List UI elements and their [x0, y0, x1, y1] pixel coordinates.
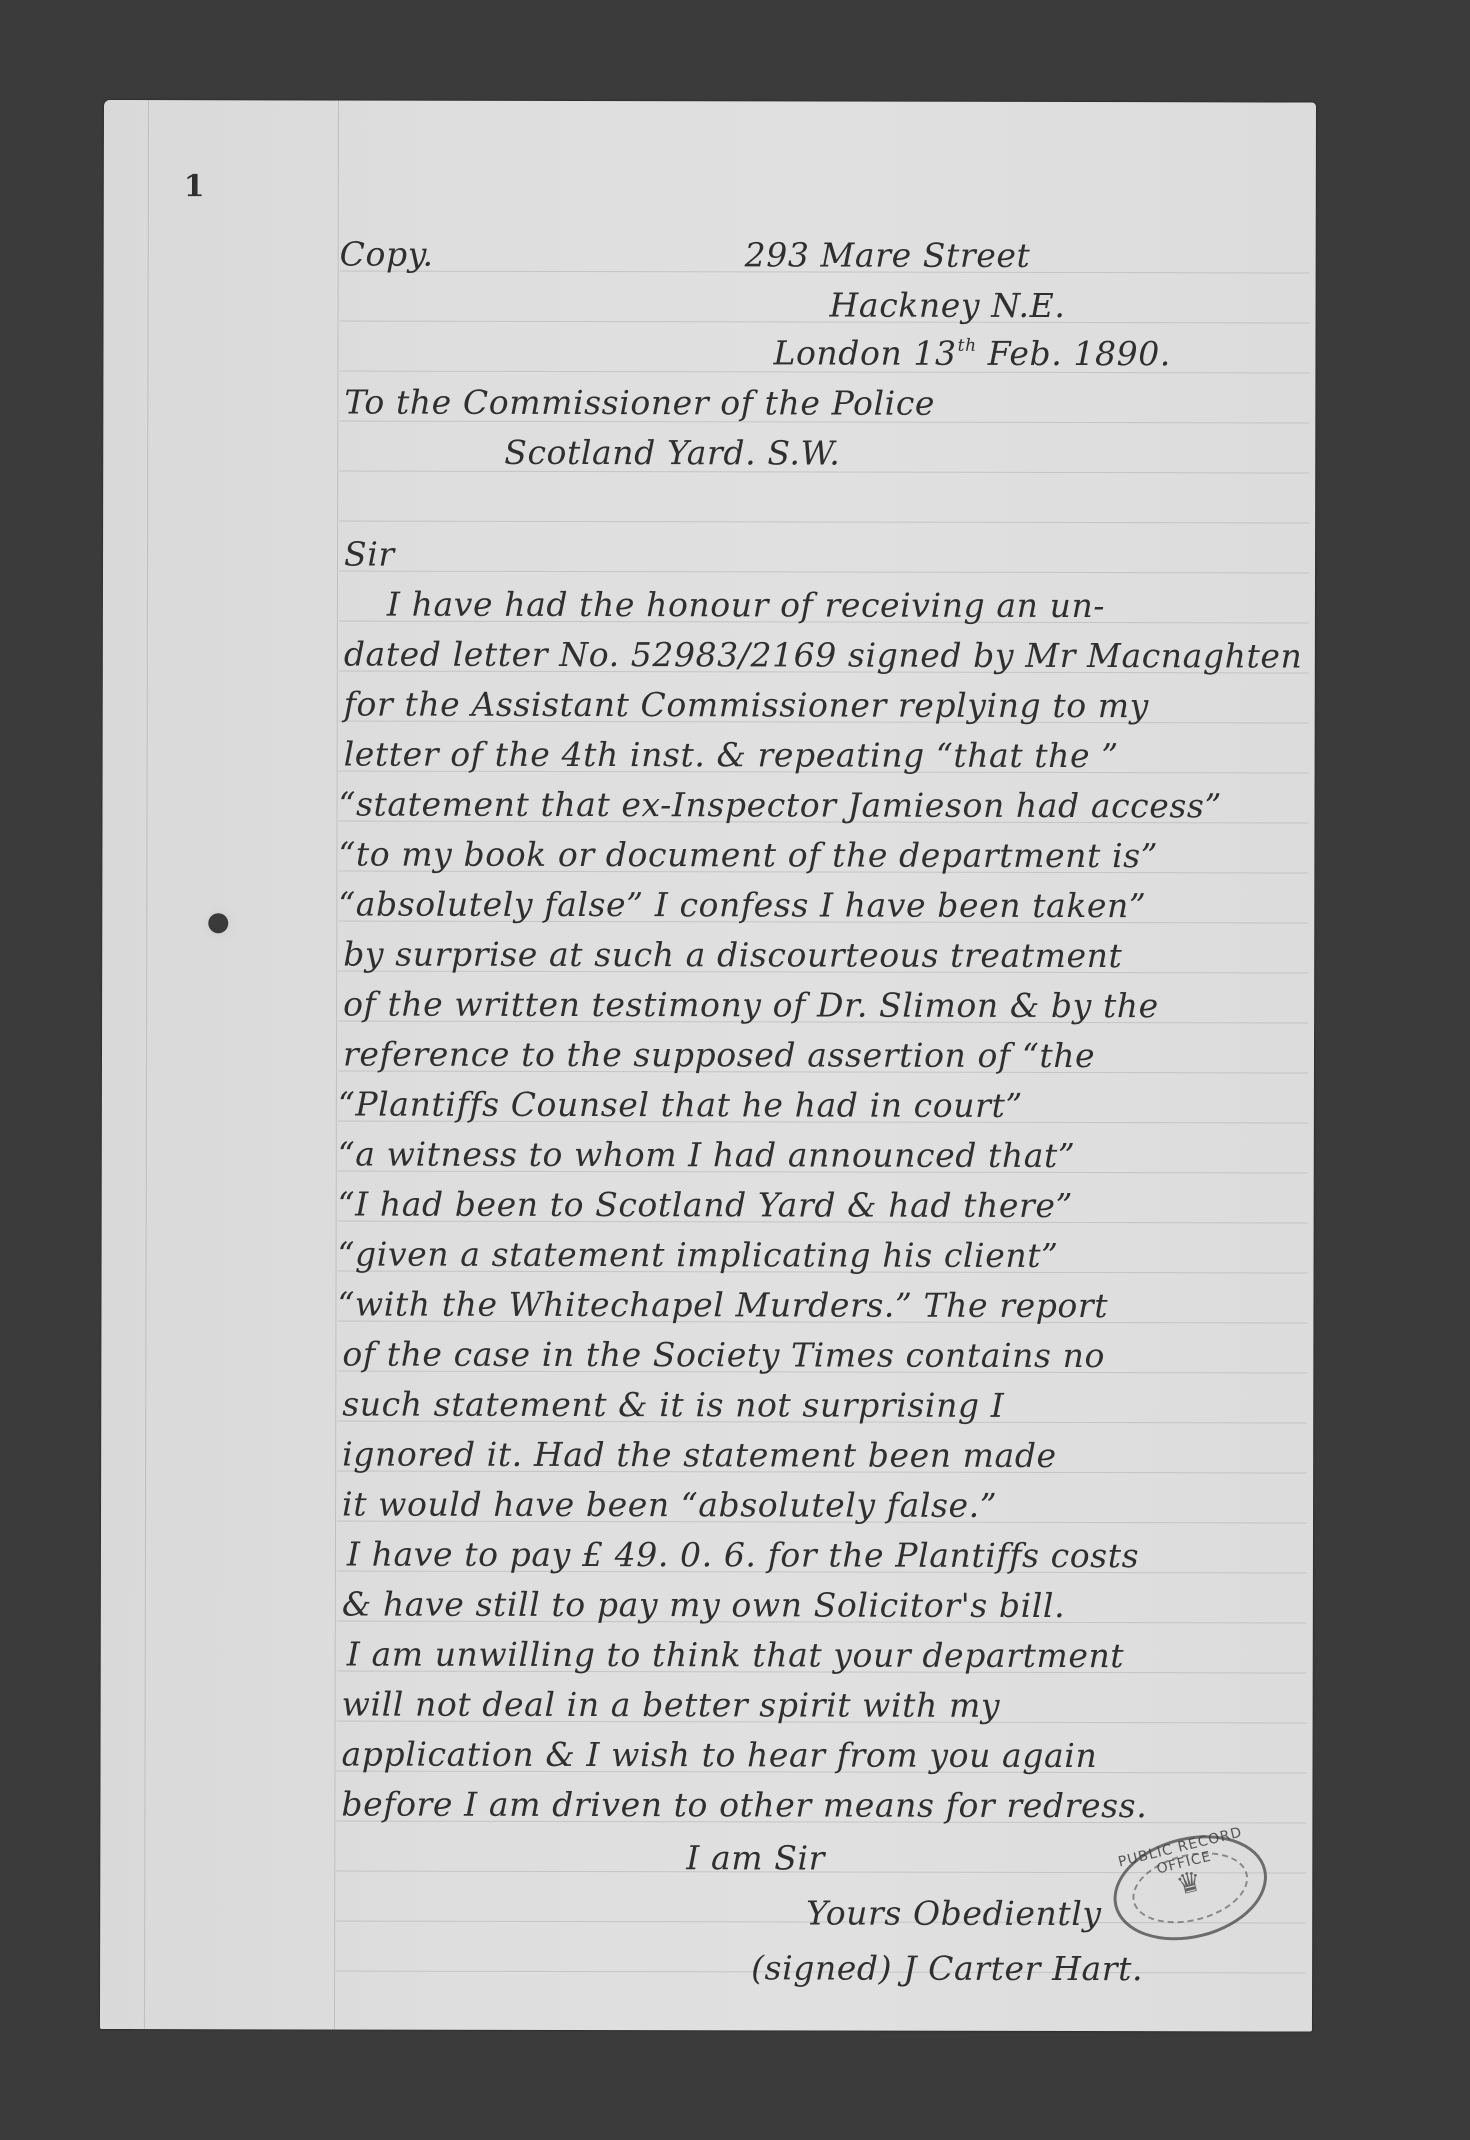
letter-page: 1 Copy. 293 Mare Street Hackney N.E. Lon…: [100, 100, 1316, 2032]
date-month-year: Feb. 1890.: [977, 334, 1171, 373]
closing-line: I am Sir: [686, 1841, 825, 1874]
letter-date: London 13th Feb. 1890.: [773, 336, 1171, 370]
date-ordinal: th: [958, 336, 977, 356]
body-line: application & I wish to hear from you ag…: [342, 1738, 1098, 1773]
body-line: for the Assistant Commissioner replying …: [344, 688, 1149, 723]
body-line: I am unwilling to think that your depart…: [347, 1638, 1125, 1673]
signature: (signed) J Carter Hart.: [751, 1951, 1143, 1985]
sender-address: 293 Mare Street Hackney N.E. London 13th…: [104, 100, 1316, 103]
punch-hole: [208, 913, 228, 933]
body-line: dated letter No. 52983/2169 signed by Mr…: [344, 638, 1303, 673]
address-line-2: Hackney N.E.: [830, 289, 1066, 322]
recipient-line-2: Scotland Yard. S.W.: [504, 436, 840, 470]
address-line-1: 293 Mare Street: [745, 238, 1031, 272]
recipient-block: To the Commissioner of the Police Scotla…: [104, 100, 1316, 103]
body-line: of the case in the Society Times contain…: [342, 1338, 1105, 1373]
body-line: of the written testimony of Dr. Slimon &…: [343, 988, 1159, 1023]
body-line: reference to the supposed assertion of “…: [343, 1038, 1095, 1073]
text-margin-line: [334, 100, 339, 2029]
body-line: will not deal in a better spirit with my: [342, 1688, 1001, 1722]
body-line: ignored it. Had the statement been made: [342, 1438, 1057, 1472]
body-line: “with the Whitechapel Murders.” The repo…: [337, 1287, 1108, 1322]
salutation: Sir: [344, 538, 395, 571]
outer-margin-line: [144, 100, 149, 2029]
copy-mark: Copy.: [340, 237, 434, 270]
ruled-line: [339, 520, 1309, 523]
date-day: London 13: [773, 333, 956, 372]
body-line: “given a statement implicating his clien…: [338, 1237, 1059, 1272]
body-line: I have to pay £ 49. 0. 6. for the Planti…: [347, 1538, 1139, 1573]
body-line: “to my book or document of the departmen…: [338, 837, 1158, 872]
ruled-lines: [104, 100, 1316, 103]
letter-body: I have had the honour of receiving an un…: [104, 100, 1316, 103]
body-line: letter of the 4th inst. & repeating “tha…: [344, 738, 1119, 773]
body-line: “statement that ex-Inspector Jamieson ha…: [338, 787, 1222, 822]
body-line: “absolutely false” I confess I have been…: [338, 887, 1146, 922]
closing-valediction: Yours Obediently: [806, 1896, 1102, 1930]
body-line: “I had been to Scotland Yard & had there…: [338, 1187, 1073, 1222]
body-line: I have had the honour of receiving an un…: [387, 588, 1105, 623]
closing-block: I am Sir Yours Obediently (signed) J Car…: [104, 100, 1316, 103]
body-line: before I am driven to other means for re…: [341, 1788, 1147, 1823]
body-line: such statement & it is not surprising I: [342, 1388, 1004, 1422]
body-line: “a witness to whom I had announced that”: [338, 1137, 1076, 1172]
page-number: 1: [184, 172, 206, 202]
ruled-line: [339, 570, 1309, 573]
recipient-line-1: To the Commissioner of the Police: [344, 386, 935, 420]
body-line: & have still to pay my own Solicitor's b…: [342, 1588, 1065, 1623]
ruled-line: [340, 320, 1310, 323]
body-line: “Plantiffs Counsel that he had in court”: [338, 1087, 1023, 1121]
body-line: by surprise at such a discourteous treat…: [343, 938, 1122, 973]
body-line: it would have been “absolutely false.”: [342, 1488, 997, 1522]
public-record-office-stamp: PUBLIC RECORD OFFICE ♛: [1102, 1820, 1278, 1955]
